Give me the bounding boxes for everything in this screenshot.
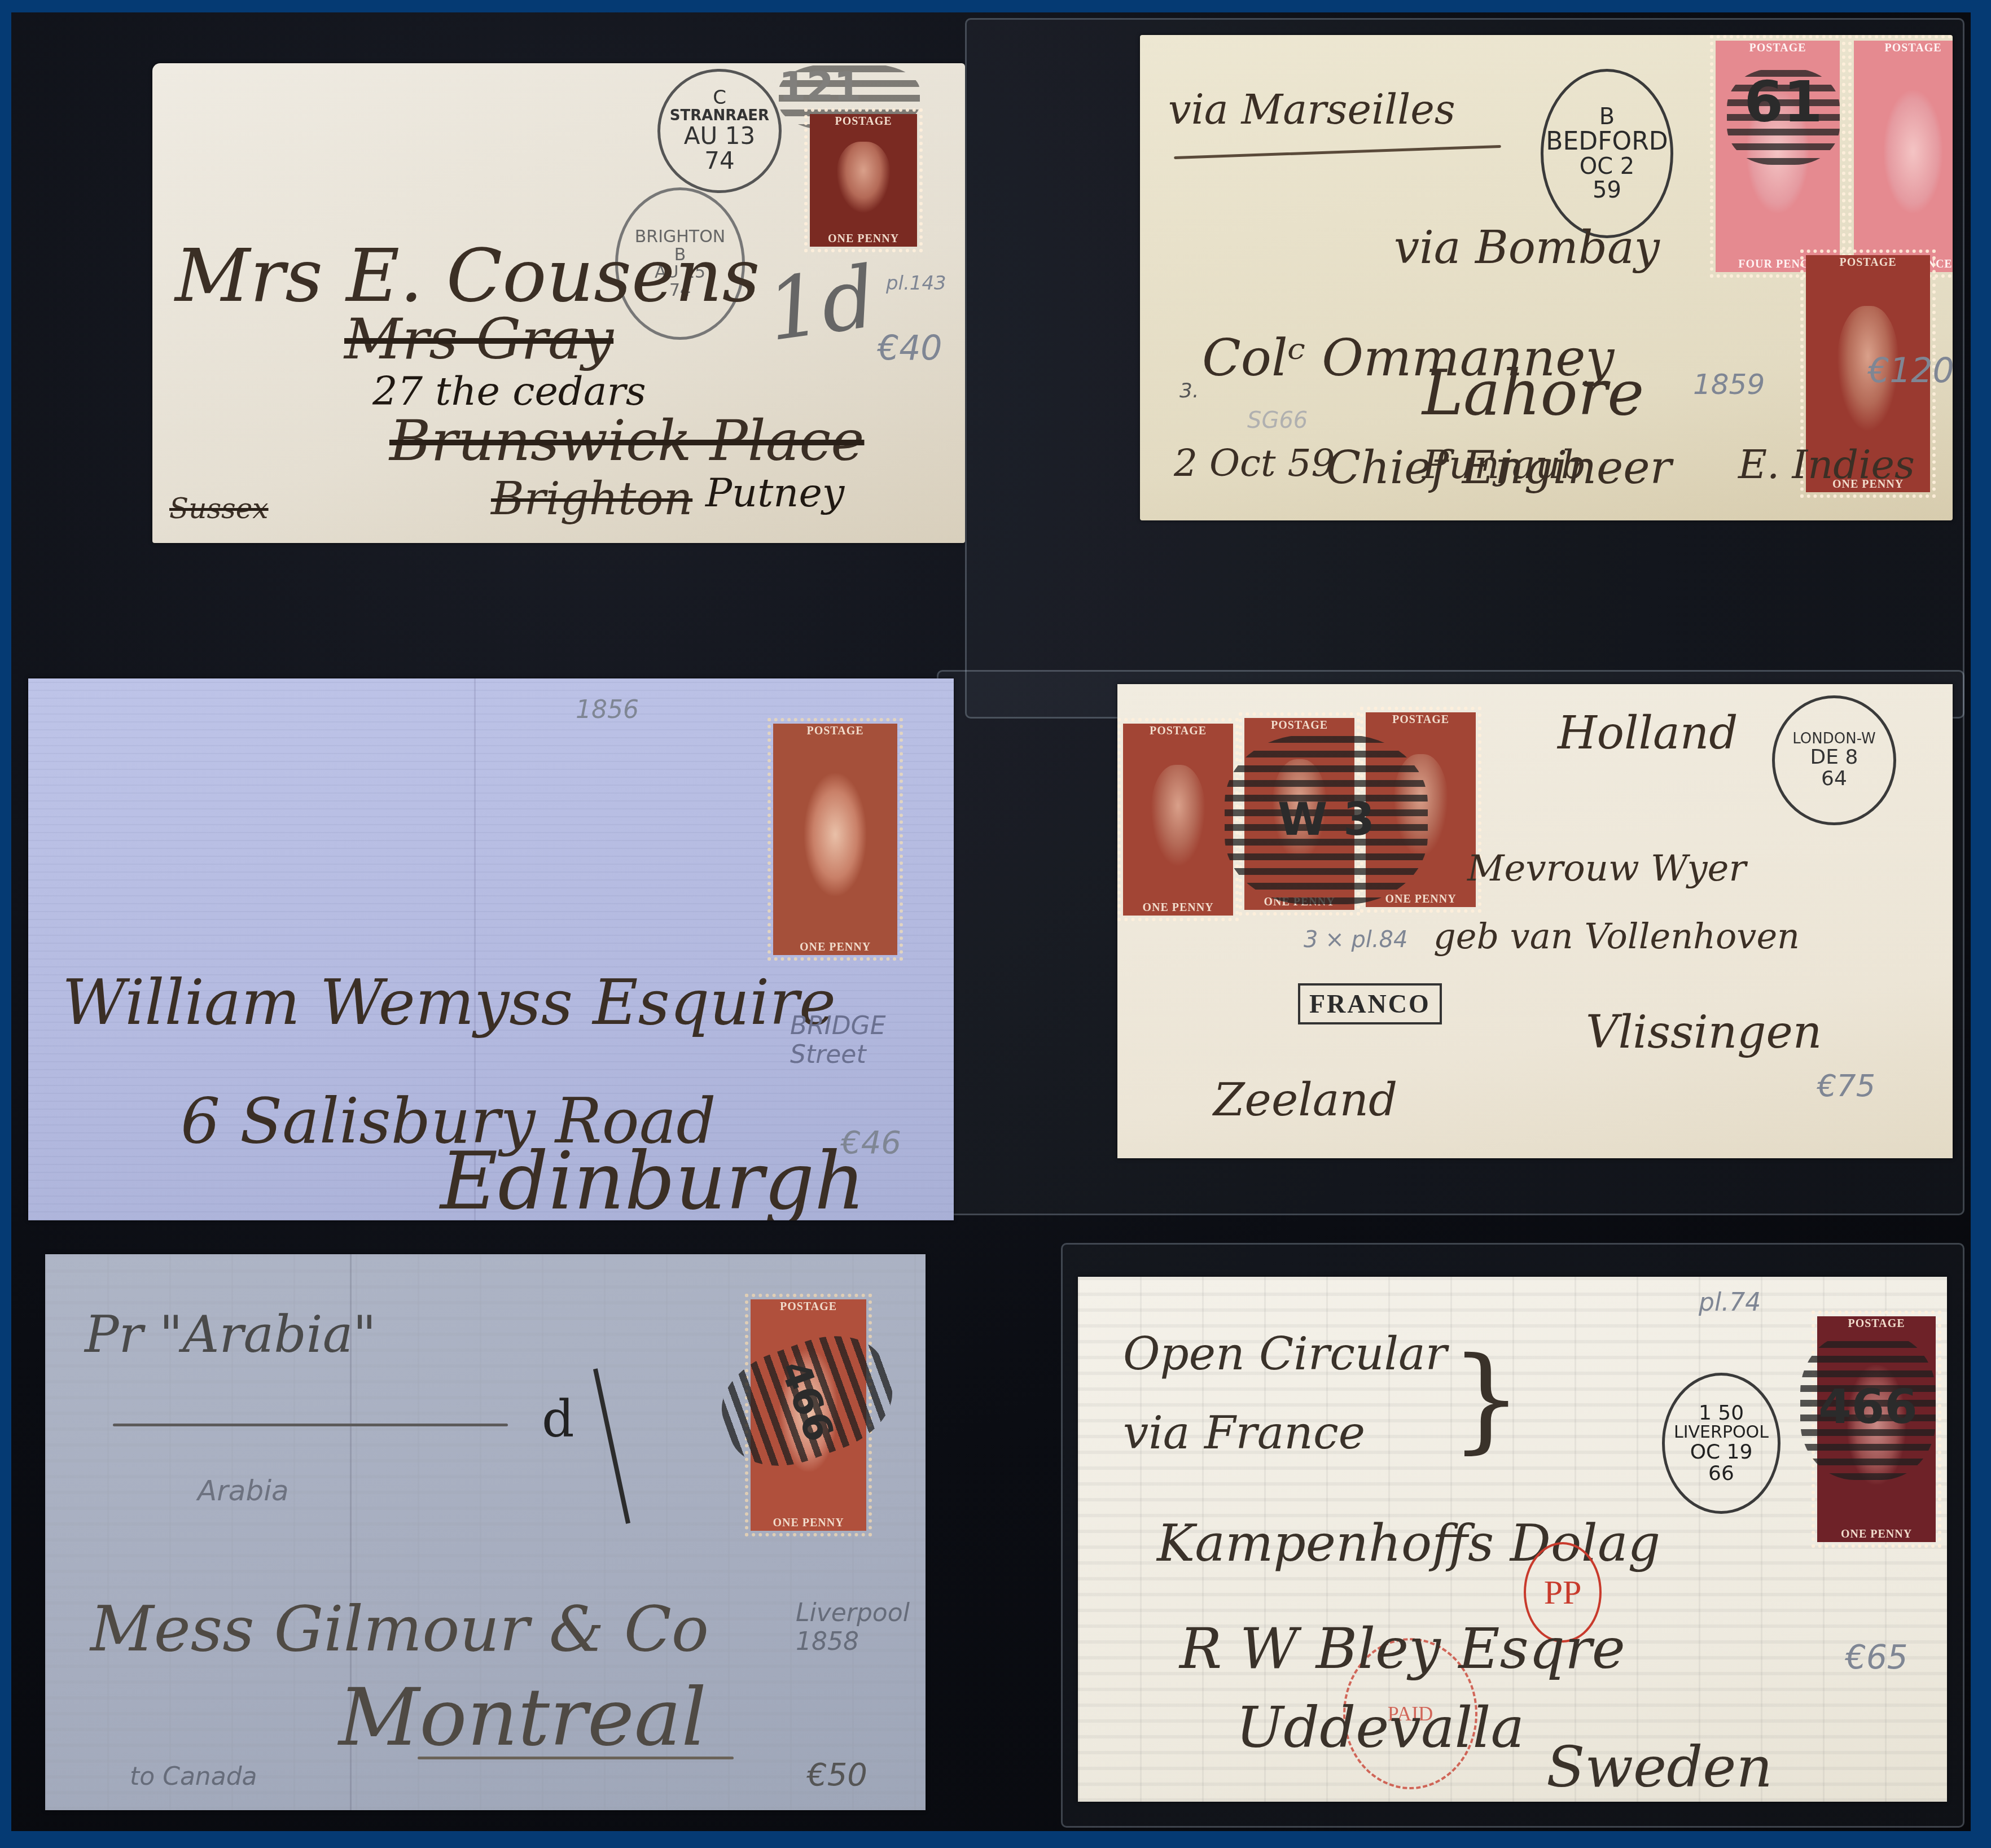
stamp-penny-red: POSTAGE ONE PENNY <box>804 108 923 252</box>
cover-bedford-lahore: via Marseilles B BEDFORD OC 2 59 POSTAGE… <box>1140 35 1953 520</box>
addressee: Mess Gilmour & Co <box>90 1593 709 1665</box>
charge-mark: 1d <box>761 248 882 361</box>
address-country: Sweden <box>1546 1734 1773 1800</box>
routing-marseilles: via Marseilles <box>1168 86 1455 133</box>
pencil-year: 1859 <box>1693 368 1765 401</box>
postmark-stranraer: C STRANRAER AU 13 74 <box>657 69 782 193</box>
pencil-origin-note: Liverpool 1858 <box>796 1599 909 1656</box>
pencil-price: €75 <box>1817 1068 1875 1103</box>
addressee: Colᶜ Ommanney <box>1202 329 1614 388</box>
routing-bombay: via Bombay <box>1394 221 1660 274</box>
city-underline <box>418 1757 734 1759</box>
address-city: Vlissingen <box>1586 1006 1822 1058</box>
ship-routing: Pr "Arabia" <box>85 1305 376 1364</box>
numeral-cancel-466: 466 <box>1800 1333 1936 1480</box>
destination-country: Holland <box>1558 707 1738 759</box>
pencil-street-note: BRIDGE Street <box>790 1011 903 1069</box>
postmark-bedford: B BEDFORD OC 2 59 <box>1541 69 1673 238</box>
routing-underline <box>113 1424 508 1426</box>
stamp-penny-red-1: POSTAGE ONE PENNY <box>1117 718 1239 921</box>
addressee-name: R W Bley Esqre <box>1179 1615 1625 1681</box>
charge-mark: d <box>542 1390 575 1449</box>
numeral-cancel-61: 61 <box>1727 69 1840 165</box>
cover-liverpool-uddevalla: pl.74 Open Circular via France } 1 50 LI… <box>1078 1277 1947 1802</box>
address-city: Edinburgh <box>440 1136 865 1220</box>
postmark-liverpool: 1 50 LIVERPOOL OC 19 66 <box>1662 1373 1781 1514</box>
routing-open-circular: Open Circular <box>1123 1328 1447 1380</box>
address-province: Zeeland <box>1213 1074 1397 1126</box>
addressee: William Wemyss Esquire <box>62 966 836 1039</box>
cover-liverpool-montreal: Pr "Arabia" d POSTAGE ONE PENNY 466 Arab… <box>45 1254 926 1810</box>
cover-stranraer-brighton: C STRANRAER AU 13 74 BRIGHTON B AU 15 74… <box>152 63 965 543</box>
addressee-maiden-name: geb van Vollenhoven <box>1433 916 1800 957</box>
address-city: Montreal <box>339 1672 707 1764</box>
postmark-london: LONDON-W DE 8 64 <box>1772 695 1896 825</box>
side-note: Sussex <box>169 492 269 525</box>
numeral-cancel-w3: W 3 <box>1225 735 1428 904</box>
pencil-price: €40 <box>878 329 942 368</box>
pencil-price: €46 <box>841 1124 901 1161</box>
cover-edinburgh: 1856 POSTAGE ONE PENNY William Wemyss Es… <box>28 678 954 1220</box>
pencil-price: €50 <box>807 1757 867 1793</box>
pencil-plate-note: 3 × pl.84 <box>1304 927 1408 953</box>
addressee: Mevrouw Wyer <box>1467 848 1746 890</box>
routing-underline <box>1174 145 1501 159</box>
pencil-plate-note: pl.74 <box>1699 1288 1761 1317</box>
stamp-penny-red: POSTAGE ONE PENNY <box>1800 249 1936 498</box>
routing-brace: } <box>1450 1333 1522 1465</box>
address-line-struck-2: Brunswick Place <box>389 408 864 474</box>
pencil-year: 1856 <box>576 695 639 724</box>
pencil-plate-note: pl.143 <box>886 272 946 295</box>
stamp-four-pence-2: POSTAGE FOUR PENCE <box>1848 35 1953 278</box>
address-line-2: Chief Engineer <box>1326 441 1672 494</box>
address-line-forward: Putney <box>705 470 844 516</box>
cover-london-vlissingen: POSTAGE ONE PENNY POSTAGE ONE PENNY POST… <box>1117 684 1953 1158</box>
address-city: Uddevalla <box>1236 1694 1524 1761</box>
franco-handstamp: FRANCO <box>1298 983 1442 1024</box>
stamp-penny-red: POSTAGE ONE PENNY <box>768 718 903 961</box>
address-line-struck-1: Mrs Gray <box>344 306 613 372</box>
pencil-price: €65 <box>1845 1638 1908 1676</box>
album-page: C STRANRAER AU 13 74 BRIGHTON B AU 15 74… <box>11 12 1971 1831</box>
address-line-struck-3: Brighton <box>491 472 692 525</box>
routing-via-france: via France <box>1123 1407 1365 1459</box>
pencil-destination-note: to Canada <box>130 1762 257 1791</box>
pencil-ship-name: Arabia <box>198 1474 289 1507</box>
